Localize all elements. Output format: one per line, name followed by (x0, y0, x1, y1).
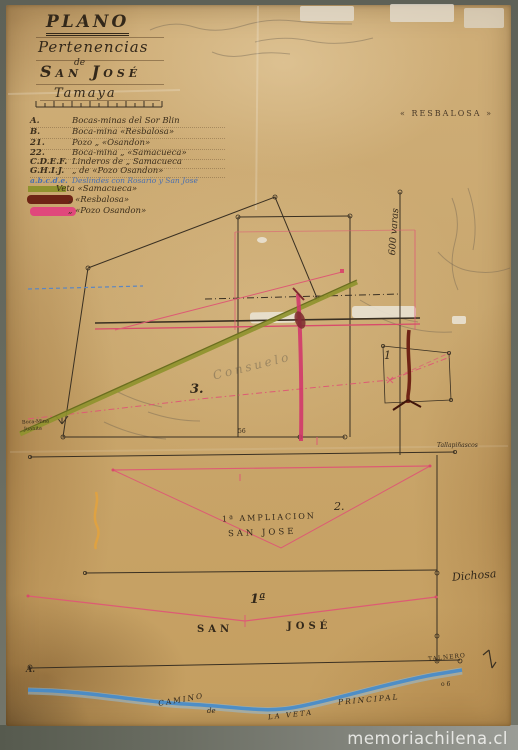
camino-de-label: de (207, 708, 216, 715)
map-subtitle-pertenencias: Pertenencias (38, 40, 148, 56)
title-rule (36, 84, 164, 85)
scanned-map-photo: PLANO Pertenencias de San José Tamaya A.… (0, 0, 518, 750)
claim-3-label: 3. (190, 383, 204, 397)
map-subtitle-tamaya: Tamaya (54, 87, 117, 101)
claim-2-label: 2. (334, 501, 345, 513)
corner-a-label: A. (26, 665, 35, 673)
resbalosa-vein-swatch (27, 195, 73, 204)
map-title: PLANO (46, 14, 129, 36)
san-jose-label-san: SAN (197, 625, 233, 636)
bocamina-label-line2: Juanita (24, 427, 42, 433)
vein-label-pozo-osandon: „ «Pozo Osandon» (68, 206, 146, 216)
vein-label-samacueca: Veta «Samacueca» (56, 184, 137, 194)
tallapinascos-label: Tallapiñascos (437, 443, 478, 449)
corner-o6-label: o 6 (441, 682, 450, 688)
title-rule (36, 60, 164, 61)
map-subtitle-san-jose: San José (40, 64, 141, 81)
vein-label-resbalosa: „ «Resbalosa» (68, 195, 129, 205)
claim-1a-label: 1ª (250, 593, 265, 607)
claim-1-upper-label: 1 (384, 350, 391, 362)
resbalosa-area-label: « RESBALOSA » (400, 110, 493, 118)
watermark: memoriachilena.cl (347, 729, 508, 748)
san-jose-label-jose: JOSÉ (287, 622, 331, 633)
measure-56-label: 56 (238, 429, 246, 435)
